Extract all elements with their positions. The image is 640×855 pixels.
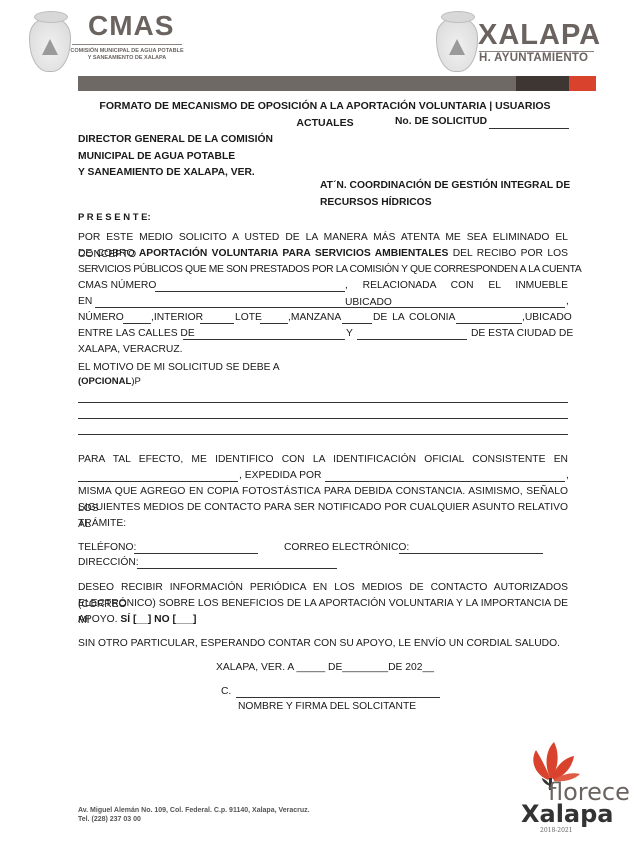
colonia-label: DE LA COLONIA (373, 310, 455, 327)
consent-yes-checkbox[interactable]: SÍ [__] (120, 614, 151, 625)
identification-line-1: PARA TAL EFECTO, ME IDENTIFICO CON LA ID… (78, 452, 568, 469)
reason-field-line-3[interactable] (78, 434, 568, 435)
reason-field-line-1[interactable] (78, 402, 568, 403)
issued-by-label: , EXPEDIDA POR (239, 468, 321, 485)
cmas-crest-icon (29, 18, 71, 72)
cmas-logo-title: CMAS (88, 12, 174, 40)
request-line-2: DE COBRO APORTACIÓN VOLUNTARIA PARA SERV… (78, 246, 568, 263)
signature-field[interactable] (236, 697, 440, 698)
presente-heading: P R E S E N T E: (78, 210, 151, 227)
brand-years: 2018-2021 (540, 827, 573, 834)
email-field[interactable] (399, 553, 543, 554)
account-number-label: CMAS NÚMERO (78, 278, 156, 295)
xalapa-logo-subtitle: H. AYUNTAMIENTO (479, 52, 588, 65)
form-title: FORMATO DE MECANISMO DE OPOSICIÓN A LA A… (80, 98, 570, 131)
cmas-logo-rule (72, 44, 182, 45)
streets-label: ENTRE LAS CALLES DE (78, 326, 195, 343)
header-bar-red (569, 76, 596, 91)
footer-contact: Av. Miguel Alemán No. 109, Col. Federal.… (78, 806, 310, 824)
manzana-label: ,MANZANA (288, 310, 341, 327)
colonia-field[interactable] (456, 323, 522, 324)
request-number-label: No. DE SOLICITUD (395, 114, 487, 131)
located-label: ,UBICADO (522, 310, 572, 327)
email-label: CORREO ELECTRÓNICO: (284, 540, 409, 557)
location-label: EN (78, 294, 92, 311)
city-text: DE ESTA CIUDAD DE (471, 326, 573, 343)
identification-line-4: SIGUIENTES MEDIOS DE CONTACTO PARA SER N… (78, 500, 568, 533)
id-type-field[interactable] (78, 481, 238, 482)
footer-address: Av. Miguel Alemán No. 109, Col. Federal.… (78, 806, 310, 815)
phone-field[interactable] (134, 553, 258, 554)
reason-field-line-2[interactable] (78, 418, 568, 419)
footer-phone: Tel. (228) 237 03 00 (78, 815, 310, 824)
lote-field[interactable] (260, 323, 288, 324)
identification-line-5: TRÁMITE: (78, 516, 126, 533)
account-number-field[interactable] (155, 291, 345, 292)
attention-block: AT´N. COORDINACIÓN DE GESTIÓN INTEGRAL D… (320, 178, 570, 211)
manzana-field[interactable] (342, 323, 372, 324)
number-label: NÚMERO (78, 310, 124, 327)
request-line-3: SERVICIOS PÚBLICOS QUE ME SON PRESTADOS … (78, 262, 568, 279)
location-field[interactable] (95, 307, 565, 308)
request-number-field[interactable] (489, 128, 569, 129)
interior-field[interactable] (200, 323, 234, 324)
number-field[interactable] (123, 323, 151, 324)
consent-line-3: APOYO. SÍ [__] NO [___] (78, 612, 197, 629)
address-label: DIRECCIÓN: (78, 555, 139, 572)
consent-no-checkbox[interactable]: NO [___] (154, 614, 196, 625)
date-line: XALAPA, VER. A _____ DE________DE 202__ (216, 660, 434, 677)
xalapa-logo-title: XALAPA (478, 20, 601, 50)
interior-label: ,INTERIOR (151, 310, 203, 327)
city-state-text: XALAPA, VERACRUZ. (78, 342, 183, 359)
cmas-logo-subtitle: COMISIÓN MUNICIPAL DE AGUA POTABLE Y SAN… (64, 48, 190, 62)
issued-by-field[interactable] (325, 481, 565, 482)
addressee-block: DIRECTOR GENERAL DE LA COMISIÓN MUNICIPA… (78, 132, 273, 182)
signature-prefix: C. (221, 684, 231, 701)
address-field[interactable] (137, 568, 337, 569)
concept-name: APORTACIÓN VOLUNTARIA PARA SERVICIOS AMB… (139, 248, 449, 259)
xalapa-crest-icon (436, 18, 478, 72)
lote-label: LOTE (235, 310, 262, 327)
signature-caption: NOMBRE Y FIRMA DEL SOLCITANTE (238, 699, 416, 716)
brand-word-xalapa: Xalapa (521, 802, 614, 826)
header-bar-dark (516, 76, 569, 91)
street-1-field[interactable] (183, 339, 345, 340)
header-bar-gray (78, 76, 516, 91)
street-2-field[interactable] (357, 339, 467, 340)
closing-text: SIN OTRO PARTICULAR, ESPERANDO CONTAR CO… (78, 636, 560, 653)
reason-optional-label: (OPCIONAL)P (78, 374, 141, 391)
